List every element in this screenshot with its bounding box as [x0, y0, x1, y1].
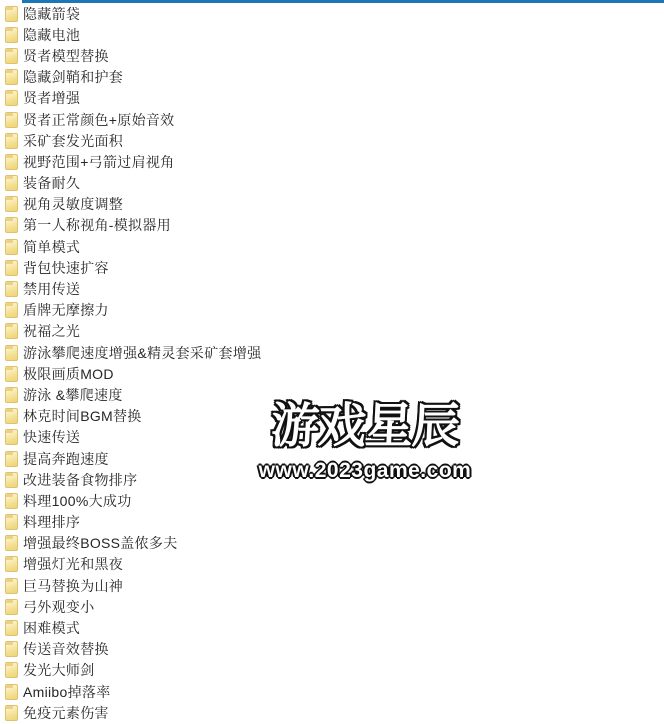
folder-icon [5, 154, 18, 170]
folder-icon [5, 705, 18, 721]
folder-row[interactable]: 困难模式 [0, 617, 664, 638]
folder-row[interactable]: 第一人称视角-模拟器用 [0, 215, 664, 236]
folder-name: 贤者正常颜色+原始音效 [23, 113, 174, 127]
folder-name: 贤者增强 [23, 91, 80, 105]
folder-row[interactable]: 简单模式 [0, 236, 664, 257]
folder-row[interactable]: 快速传送 [0, 427, 664, 448]
folder-name: 视角灵敏度调整 [23, 197, 123, 211]
folder-name: 游泳攀爬速度增强&精灵套采矿套增强 [23, 346, 261, 360]
folder-icon [5, 302, 18, 318]
folder-row[interactable]: 装备耐久 [0, 173, 664, 194]
folder-icon [5, 175, 18, 191]
folder-icon [5, 535, 18, 551]
folder-name: 料理排序 [23, 515, 80, 529]
folder-icon [5, 472, 18, 488]
folder-name: 祝福之光 [23, 324, 80, 338]
folder-icon [5, 345, 18, 361]
folder-name: 弓外观变小 [23, 600, 95, 614]
folder-icon [5, 408, 18, 424]
folder-name: 林克时间BGM替换 [23, 409, 142, 423]
folder-row[interactable]: 弓外观变小 [0, 596, 664, 617]
folder-name: 增强最终BOSS盖侬多夫 [23, 536, 178, 550]
folder-name: 巨马替换为山神 [23, 579, 123, 593]
folder-row[interactable]: 禁用传送 [0, 278, 664, 299]
folder-icon [5, 281, 18, 297]
folder-row[interactable]: 增强灯光和黑夜 [0, 554, 664, 575]
folder-row[interactable]: 贤者模型替换 [0, 45, 664, 66]
folder-row[interactable]: 祝福之光 [0, 321, 664, 342]
folder-icon [5, 239, 18, 255]
folder-row[interactable]: 游泳 &攀爬速度 [0, 384, 664, 405]
folder-name: 背包快速扩容 [23, 261, 109, 275]
folder-icon [5, 662, 18, 678]
folder-name: 装备耐久 [23, 176, 80, 190]
folder-icon [5, 48, 18, 64]
folder-icon [5, 323, 18, 339]
folder-name: 增强灯光和黑夜 [23, 557, 123, 571]
folder-icon [5, 429, 18, 445]
folder-row[interactable]: 隐藏电池 [0, 24, 664, 45]
folder-name: 极限画质MOD [23, 367, 114, 381]
folder-row[interactable]: 提高奔跑速度 [0, 448, 664, 469]
folder-name: 困难模式 [23, 621, 80, 635]
folder-icon [5, 556, 18, 572]
folder-icon [5, 196, 18, 212]
folder-name: 隐藏箭袋 [23, 7, 80, 21]
file-explorer-view: 隐藏箭袋隐藏电池贤者模型替换隐藏剑鞘和护套贤者增强贤者正常颜色+原始音效采矿套发… [0, 0, 664, 724]
folder-row[interactable]: 免疫元素伤害 [0, 702, 664, 723]
folder-row[interactable]: 背包快速扩容 [0, 257, 664, 278]
folder-icon [5, 69, 18, 85]
folder-row[interactable]: 发光大师剑 [0, 660, 664, 681]
folder-row[interactable]: 游泳攀爬速度增强&精灵套采矿套增强 [0, 342, 664, 363]
folder-name: 游泳 &攀爬速度 [23, 388, 123, 402]
folder-row[interactable]: 视角灵敏度调整 [0, 194, 664, 215]
folder-row[interactable]: 改进装备食物排序 [0, 469, 664, 490]
folder-row[interactable]: 巨马替换为山神 [0, 575, 664, 596]
folder-name: 隐藏剑鞘和护套 [23, 70, 123, 84]
folder-icon [5, 260, 18, 276]
folder-name: 盾牌无摩擦力 [23, 303, 109, 317]
folder-list: 隐藏箭袋隐藏电池贤者模型替换隐藏剑鞘和护套贤者增强贤者正常颜色+原始音效采矿套发… [0, 3, 664, 723]
folder-icon [5, 217, 18, 233]
folder-row[interactable]: 采矿套发光面积 [0, 130, 664, 151]
folder-name: 传送音效替换 [23, 642, 109, 656]
folder-icon [5, 493, 18, 509]
folder-row[interactable]: 盾牌无摩擦力 [0, 300, 664, 321]
folder-row[interactable]: Amiibo掉落率 [0, 681, 664, 702]
folder-icon [5, 451, 18, 467]
folder-row[interactable]: 视野范围+弓箭过肩视角 [0, 151, 664, 172]
folder-icon [5, 620, 18, 636]
folder-name: 贤者模型替换 [23, 49, 109, 63]
folder-row[interactable]: 极限画质MOD [0, 363, 664, 384]
folder-icon [5, 387, 18, 403]
folder-icon [5, 684, 18, 700]
folder-row[interactable]: 传送音效替换 [0, 639, 664, 660]
folder-name: 采矿套发光面积 [23, 134, 123, 148]
folder-icon [5, 133, 18, 149]
folder-name: 快速传送 [23, 430, 80, 444]
folder-name: 料理100%大成功 [23, 494, 132, 508]
folder-row[interactable]: 隐藏箭袋 [0, 3, 664, 24]
folder-row[interactable]: 林克时间BGM替换 [0, 406, 664, 427]
folder-icon [5, 6, 18, 22]
folder-row[interactable]: 料理100%大成功 [0, 490, 664, 511]
folder-name: 提高奔跑速度 [23, 452, 109, 466]
folder-icon [5, 366, 18, 382]
folder-name: 禁用传送 [23, 282, 80, 296]
folder-icon [5, 599, 18, 615]
folder-name: Amiibo掉落率 [23, 685, 111, 699]
folder-name: 简单模式 [23, 240, 80, 254]
folder-name: 改进装备食物排序 [23, 473, 137, 487]
folder-icon [5, 27, 18, 43]
folder-icon [5, 112, 18, 128]
folder-name: 视野范围+弓箭过肩视角 [23, 155, 174, 169]
folder-row[interactable]: 增强最终BOSS盖侬多夫 [0, 533, 664, 554]
folder-icon [5, 514, 18, 530]
folder-icon [5, 90, 18, 106]
folder-row[interactable]: 贤者增强 [0, 88, 664, 109]
folder-icon [5, 641, 18, 657]
folder-name: 发光大师剑 [23, 663, 95, 677]
folder-icon [5, 578, 18, 594]
folder-name: 第一人称视角-模拟器用 [23, 218, 171, 232]
folder-name: 免疫元素伤害 [23, 706, 109, 720]
folder-row[interactable]: 隐藏剑鞘和护套 [0, 67, 664, 88]
folder-name: 隐藏电池 [23, 28, 80, 42]
folder-row[interactable]: 料理排序 [0, 512, 664, 533]
folder-row[interactable]: 贤者正常颜色+原始音效 [0, 109, 664, 130]
